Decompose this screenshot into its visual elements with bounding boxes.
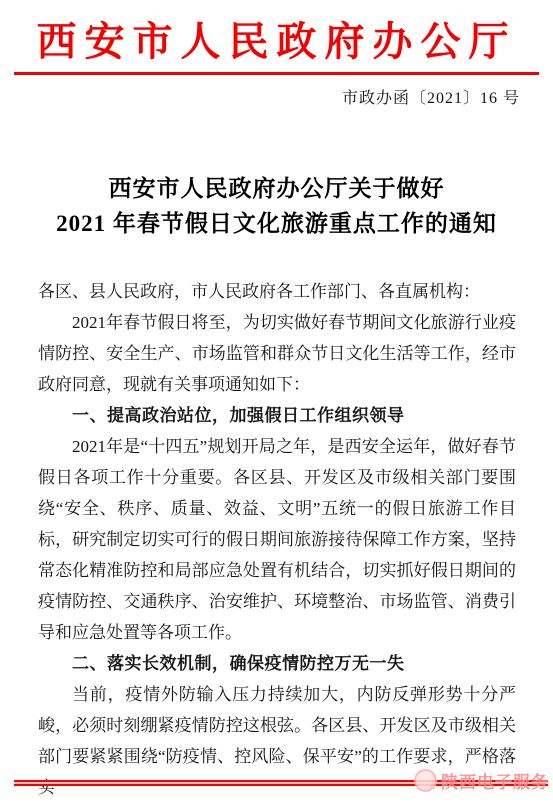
header-divider [14, 72, 539, 75]
salutation-line: 各区、县人民政府，市人民政府各工作部门、各直属机构： [38, 276, 516, 307]
doc-number: 市政办函〔2021〕16 号 [342, 85, 520, 108]
watermark: 陕西电子服务 [414, 768, 549, 793]
document-title: 西安市人民政府办公厅关于做好 2021 年春节假日文化旅游重点工作的通知 [0, 171, 553, 241]
document-body: 各区、县人民政府，市人民政府各工作部门、各直属机构： 2021年春节假日将至，为… [38, 276, 516, 803]
org-header-title: 西安市人民政府办公厅 [0, 10, 553, 67]
document-title-line1: 西安市人民政府办公厅关于做好 [0, 171, 553, 206]
document-page: 西安市人民政府办公厅 市政办函〔2021〕16 号 西安市人民政府办公厅关于做好… [0, 0, 553, 809]
intro-paragraph: 2021年春节假日将至，为切实做好春节期间文化旅游行业疫情防控、安全生产、市场监… [38, 307, 516, 400]
watermark-label: 陕西电子服务 [441, 768, 549, 793]
service-logo-icon [414, 769, 437, 792]
section-2-heading: 二、落实长效机制，确保疫情防控万无一失 [38, 648, 516, 679]
section-1-body: 2021年是“十四五”规划开局之年，是西安全运年，做好春节假日各项工作十分重要。… [38, 431, 516, 648]
document-title-line2: 2021 年春节假日文化旅游重点工作的通知 [0, 206, 553, 241]
section-1-heading: 一、提高政治站位，加强假日工作组织领导 [38, 400, 516, 431]
